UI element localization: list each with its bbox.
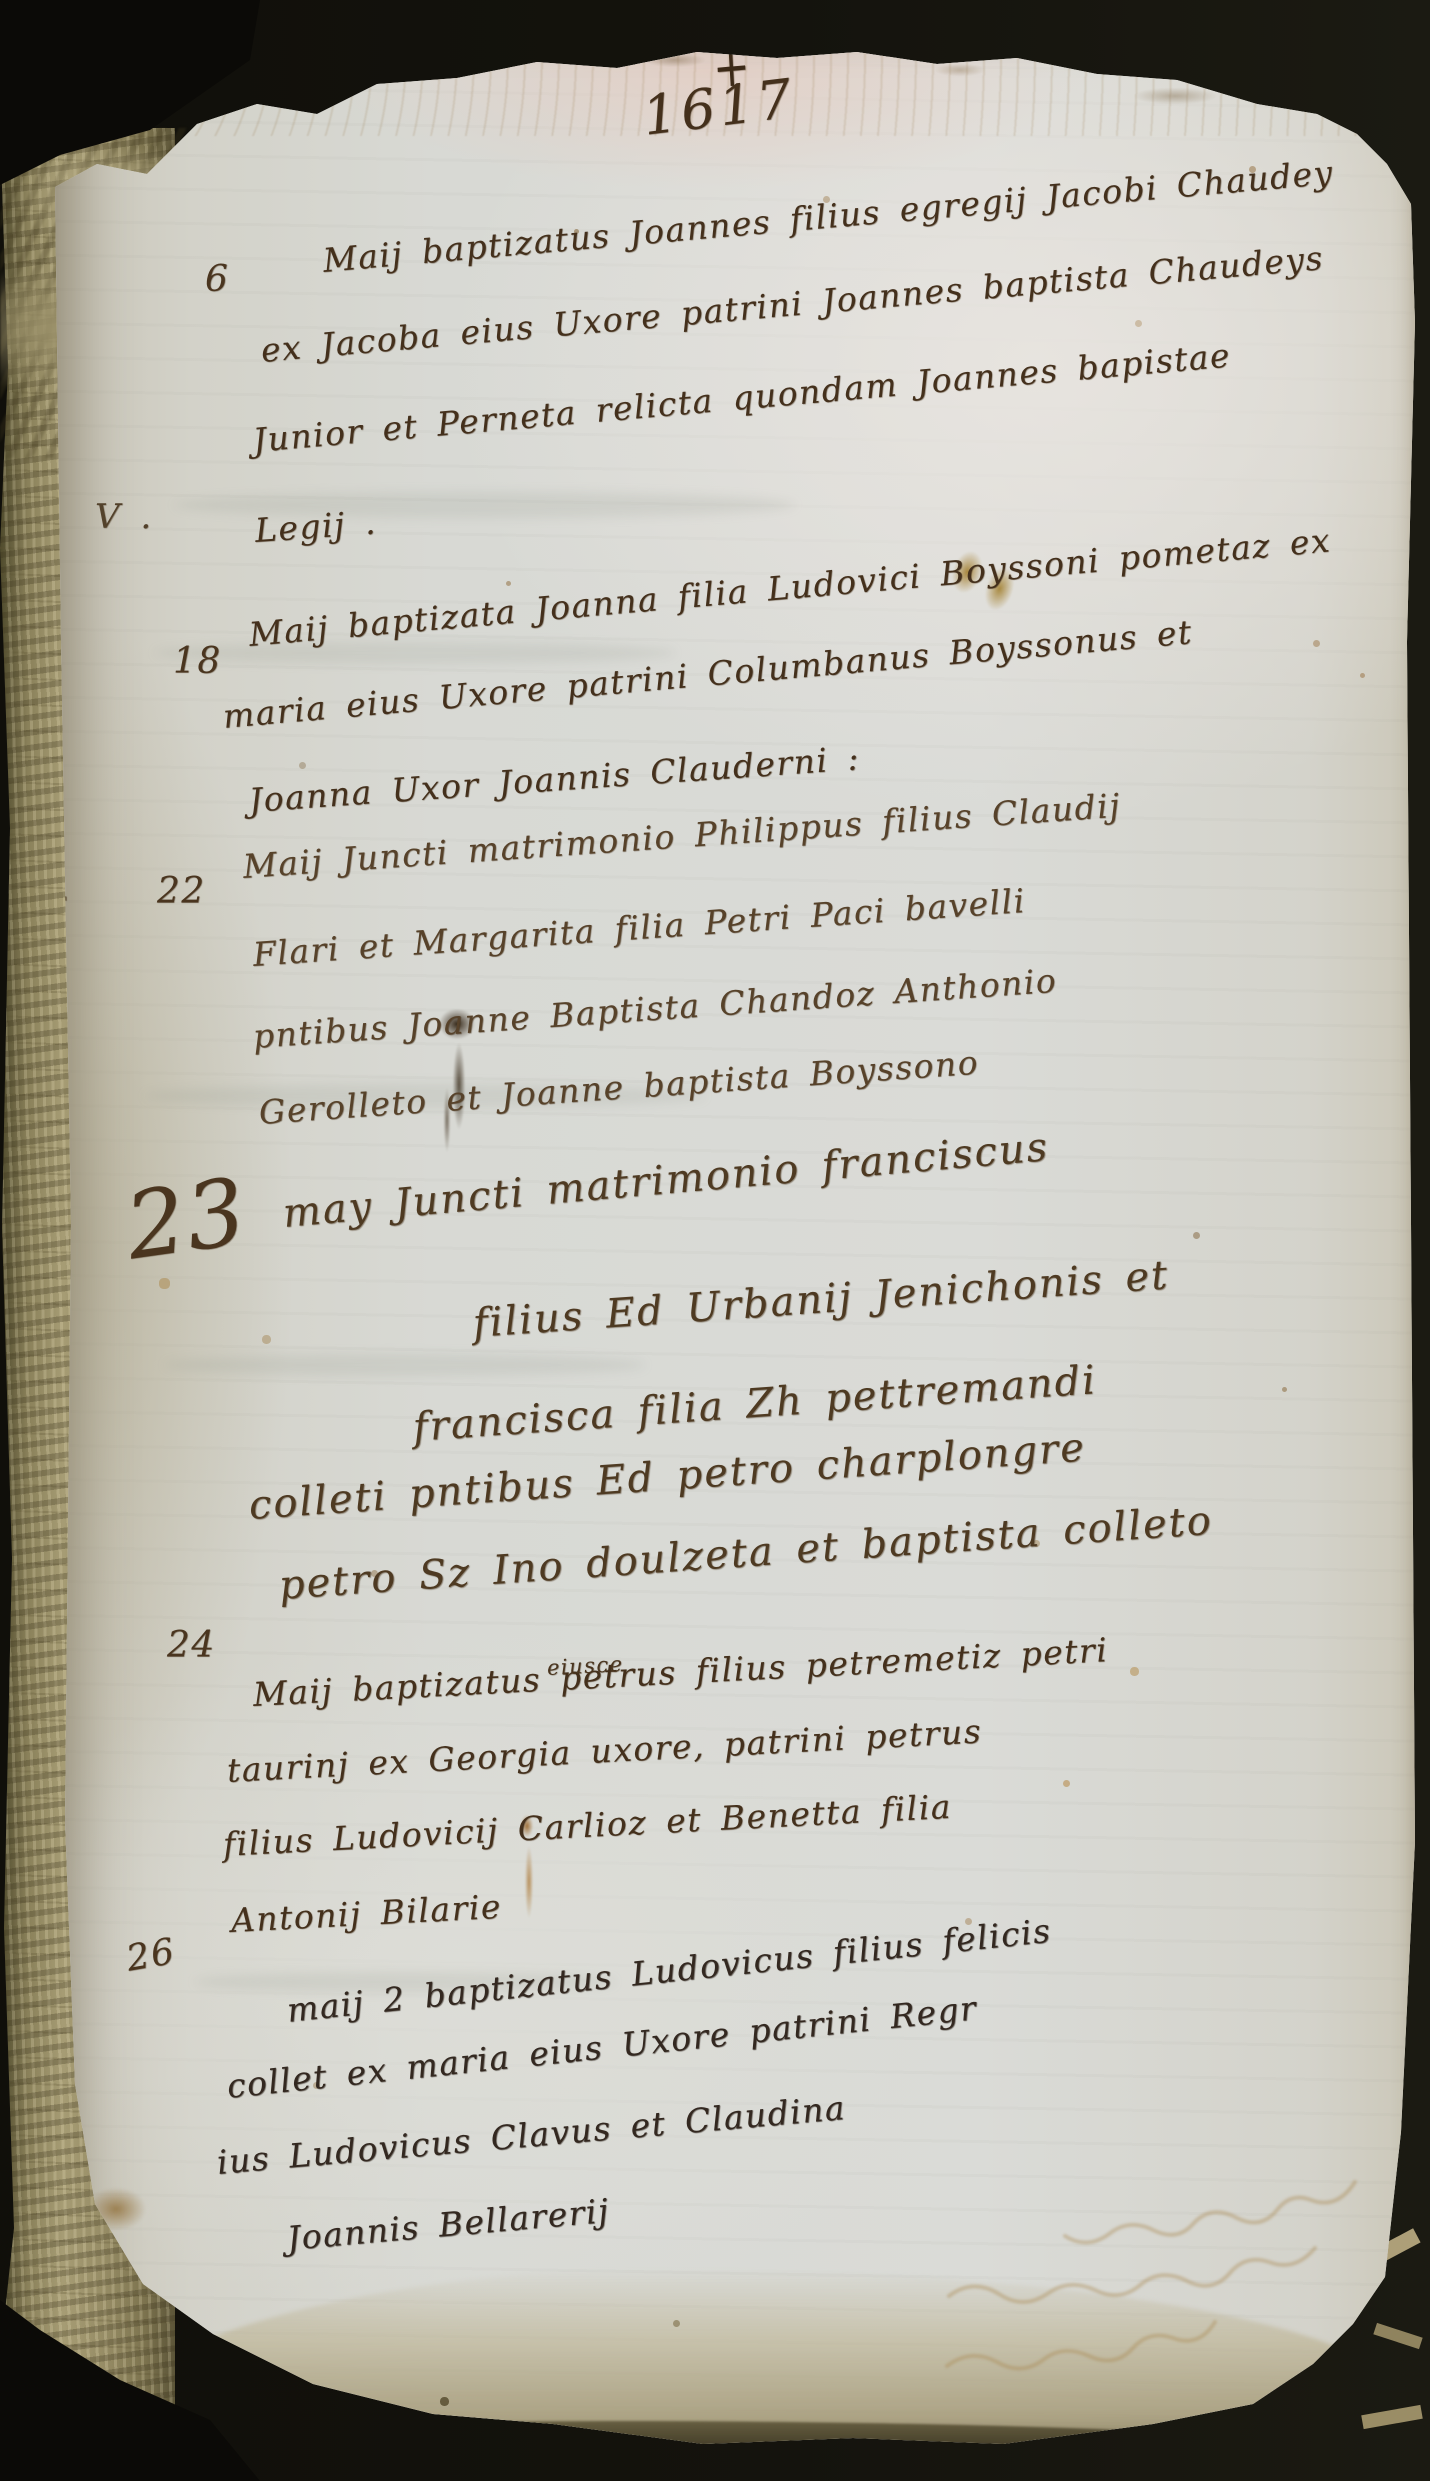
entry-line: Gerolleto et Joanne baptista Boyssono [258,1046,980,1129]
interlinear-insertion: eiusce [546,1654,624,1679]
entry-line: Joannis Bellarerij [286,2194,611,2255]
margin-note: V . [95,500,153,534]
mirrored-bleedthrough-script [615,2152,1375,2412]
entry-line: colleti pntibus Ed petro charplongre [248,1428,1087,1526]
entry-line: pntibus Joanne Baptista Chandoz Anthonio [252,964,1058,1053]
entry-line: Maij baptizatus petrus filius petremetiz… [252,1633,1109,1711]
page-bottom-edge [85,2421,1395,2467]
register-page: + 1617 V . 6 Maij baptizatus Joannes fil… [55,22,1417,2467]
ink-bleedthrough [155,642,675,664]
entry-line: may Juncti matrimonio franciscus [281,1127,1050,1234]
entry-day-number: 22 [157,874,206,910]
entry-day-number: 18 [173,644,222,680]
entry-line: Antonij Bilarie [230,1890,502,1937]
entry-line: filius Ludovicij Carlioz et Benetta fili… [222,1790,953,1861]
entry-day-number: 26 [124,1934,178,1978]
entry-day-number: 6 [205,262,229,298]
entry-line: Flari et Margarita filia Petri Paci bave… [252,884,1027,971]
entry-day-number: 24 [167,1628,216,1664]
entry-line: taurinj ex Georgia uxore, patrini petrus [226,1714,983,1787]
ink-bleedthrough [165,1354,645,1376]
manuscript-photo: + 1617 V . 6 Maij baptizatus Joannes fil… [0,0,1430,2481]
entry-line: Joanna Uxor Joannis Clauderni : [248,741,861,817]
entry-day-number: 23 [121,1166,253,1274]
entry-line: Legij . [254,506,378,547]
entry-line: filius Ed Urbanij Jenichonis et [472,1255,1171,1344]
